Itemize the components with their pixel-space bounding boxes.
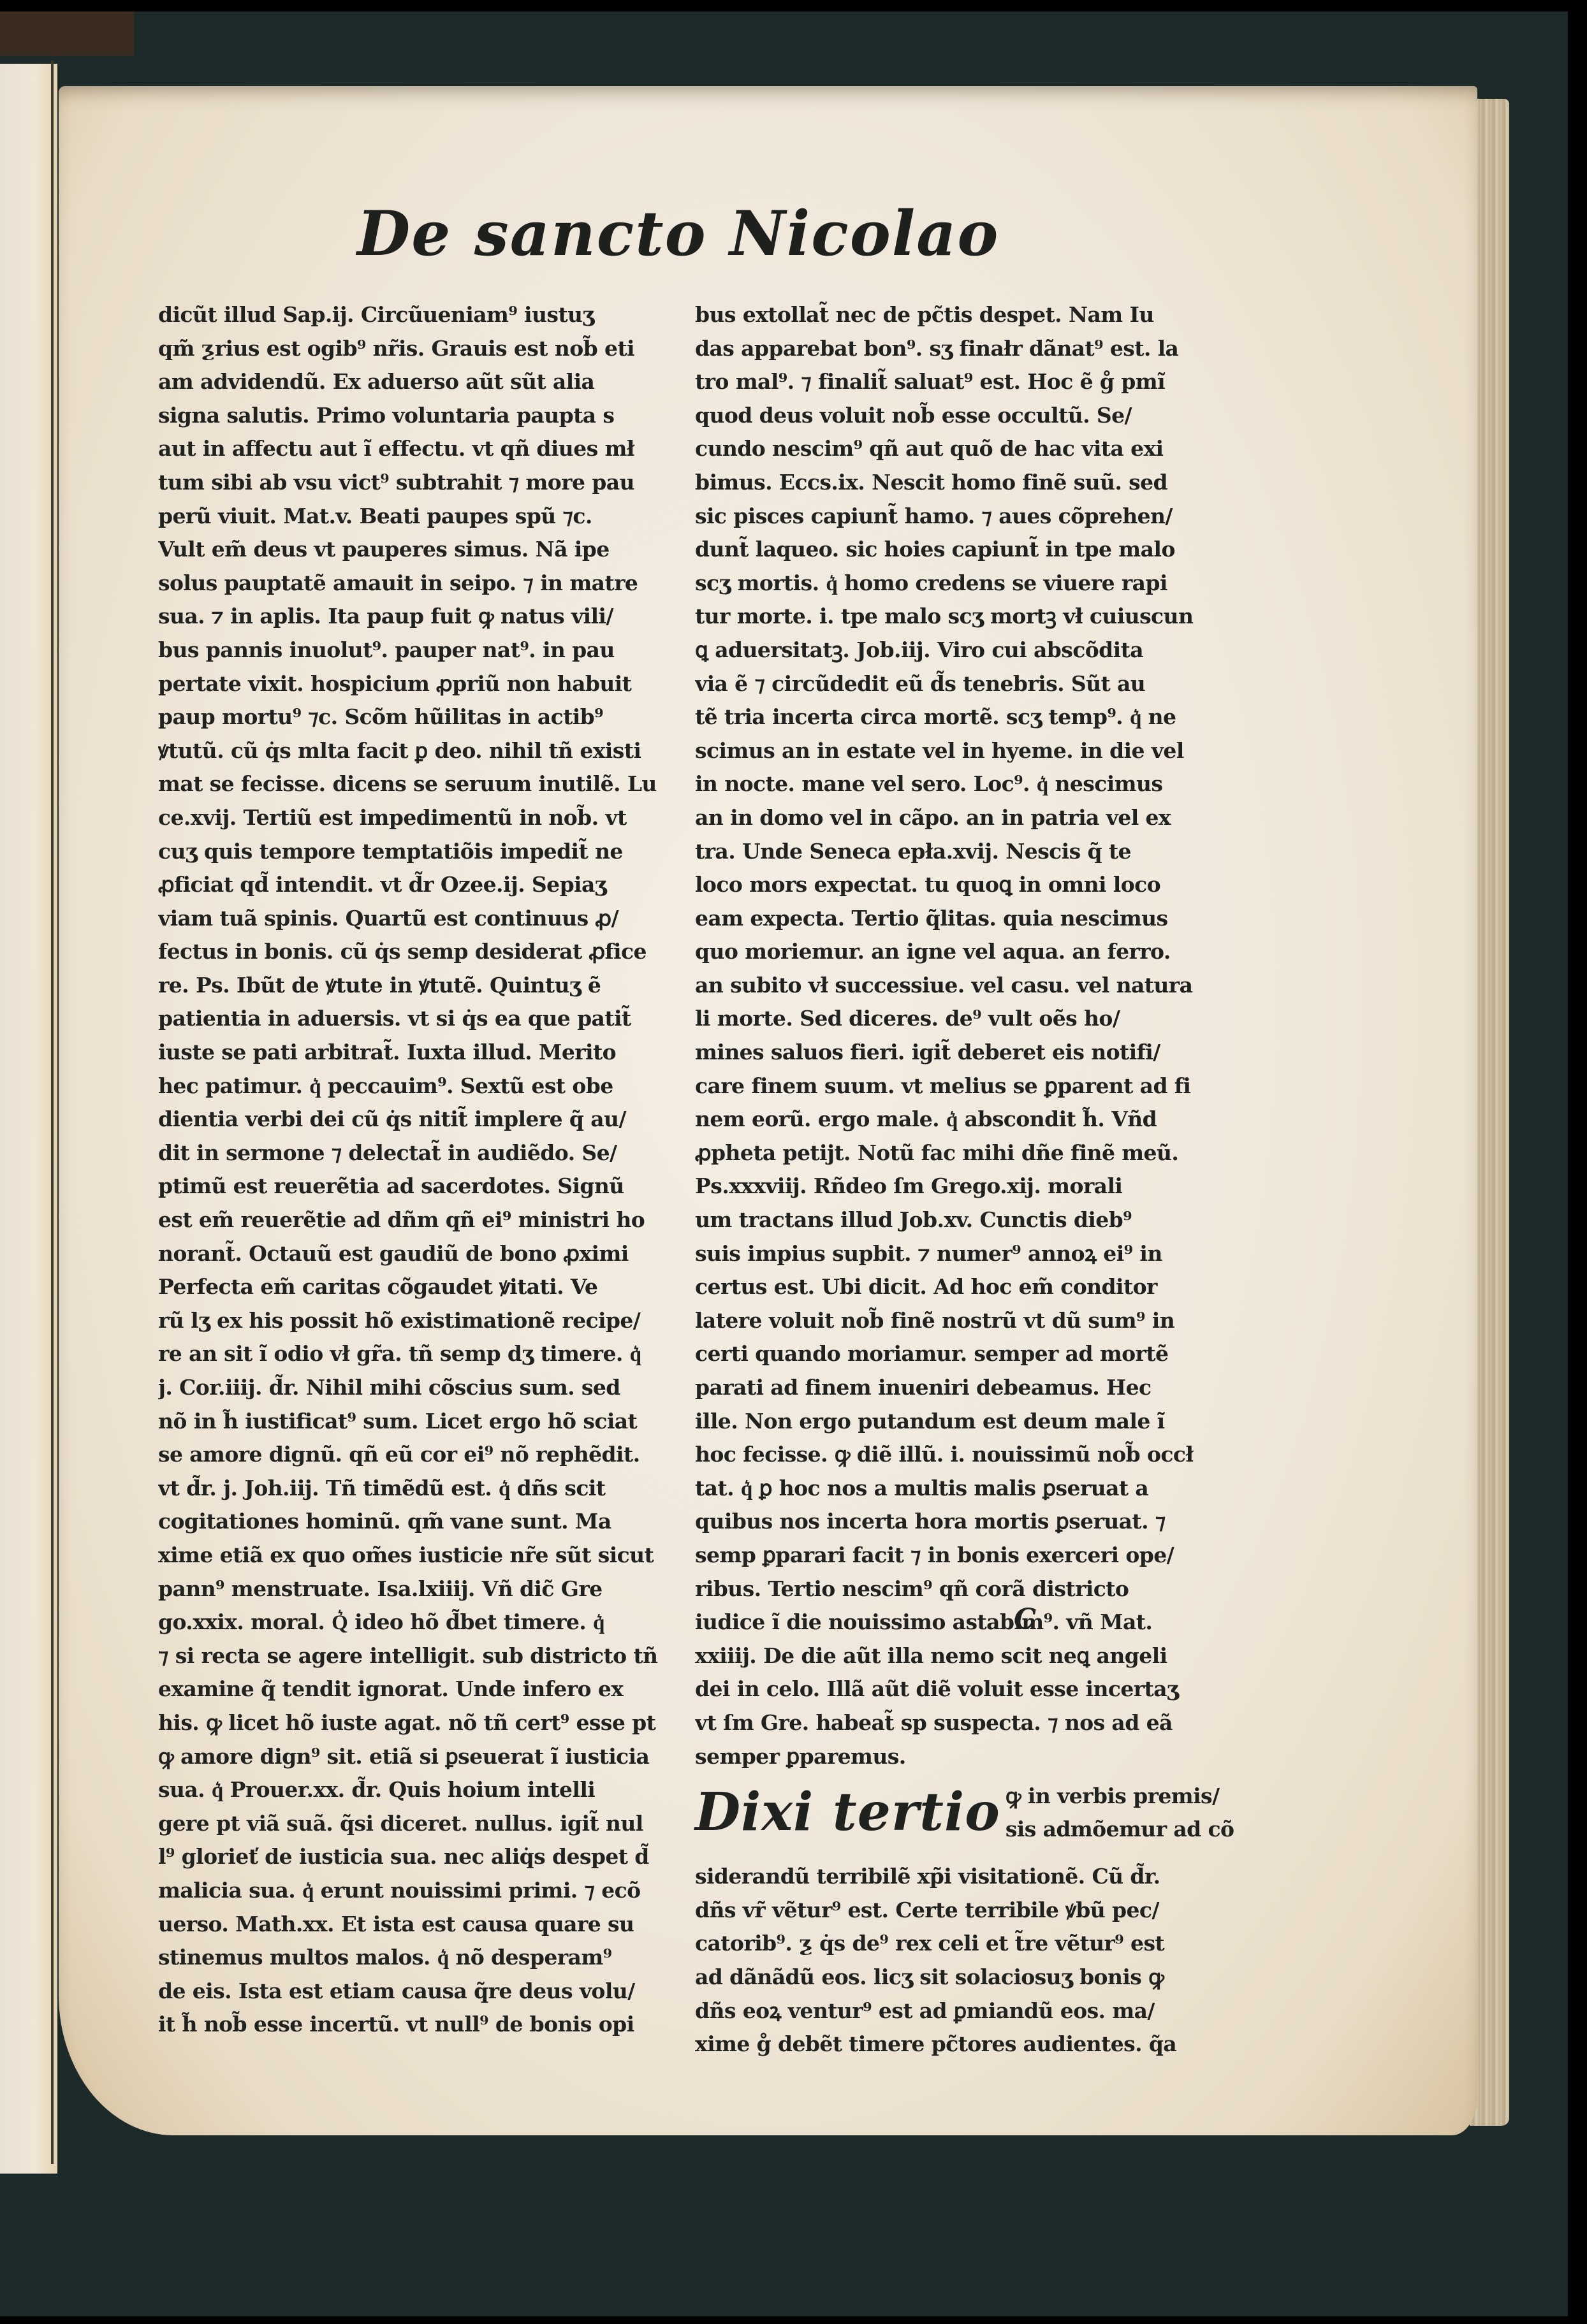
text-line: mat se fecisse. dicens se seruum inutilẽ… [158, 767, 676, 801]
text-line: tẽ tria incerta circa mortẽ. scʒ temp⁹. … [695, 701, 1218, 734]
text-line: Ps.xxxviij. Rñdeo ſm Grego.xij. morali [695, 1170, 1218, 1203]
text-line: iuste se pati arbitrat̃. Iuxta illud. Me… [158, 1036, 676, 1070]
text-line: tur morte. i. tpe malo scʒ mortꝫ vł cuiu… [695, 600, 1218, 634]
text-column-right: bus extollat̃ nec de pc̃tis despet. Nam … [695, 298, 1218, 2061]
text-line: go.xxix. moral. Q͛ ideo hõ d̃bet timere.… [158, 1606, 676, 1639]
text-line: qm̃ ƺrius est ogib⁹ nr̃is. Grauis est no… [158, 332, 676, 366]
text-line: ⁊ si recta se agere intelligit. sub dist… [158, 1639, 676, 1673]
text-line: dunt̃ laqueo. sic hoies capiunt̃ in tpe … [695, 533, 1218, 567]
text-line: via ẽ ⁊ circũdedit eũ d̃s tenebris. Sũt … [695, 667, 1218, 701]
text-line: quo moriemur. an igne vel aqua. an ferro… [695, 935, 1218, 969]
scan-top-border [0, 0, 1587, 11]
text-line: sua. q͛ Prouer.xx. d̃r. Quis hoium intel… [158, 1773, 676, 1807]
text-line: scʒ mortis. q͛ homo credens se viuere ra… [695, 567, 1218, 600]
text-line: se amore dignũ. qñ eũ cor ei⁹ nõ rephẽdi… [158, 1438, 676, 1472]
text-line: dñs vr̃ vẽtur⁹ est. Certe terribile ꝟbũ … [695, 1894, 1218, 1928]
text-line: ribus. Tertio nescim⁹ qñ corã districto [695, 1572, 1218, 1606]
text-line: dñs eoꝝ ventur⁹ est ad ꝑmiandũ eos. ma/ [695, 1994, 1218, 2028]
text-line: li morte. Sed diceres. de⁹ vult oẽs ho/ [695, 1002, 1218, 1036]
text-column-left: dicũt illud Sap.ij. Circũueniam⁹ iustuʒq… [158, 298, 676, 2042]
text-line: parati ad finem inueniri debeamus. Hec [695, 1371, 1218, 1405]
text-line: ꝗ aduersitatꝫ. Job.iij. Viro cui abscõdi… [695, 634, 1218, 667]
text-line: sis admõemur ad cõ [1006, 1813, 1234, 1846]
text-line: tra. Unde Seneca epła.xvij. Nescis q̃ te [695, 835, 1218, 869]
text-line: ꝓpheta petijt. Notũ fac mihi dñe finẽ me… [695, 1137, 1218, 1170]
text-line: eam expecta. Tertio q̃litas. quia nescim… [695, 902, 1218, 936]
text-line: aut in affectu aut ĩ effectu. vt qñ diue… [158, 432, 676, 466]
text-line: vt ſm Gre. habeat̃ sp suspecta. ⁊ nos ad… [695, 1706, 1218, 1740]
text-line: pertate vixit. hospicium ꝓpriũ non habui… [158, 667, 676, 701]
text-line: cuʒ quis tempore temptatiõis impedit̃ ne [158, 835, 676, 869]
right-column-lines: bus extollat̃ nec de pc̃tis despet. Nam … [695, 298, 1218, 1773]
text-line: gere pt viã suã. q̃si diceret. nullus. i… [158, 1807, 676, 1841]
text-line: scimus an in estate vel in hyeme. in die… [695, 734, 1218, 768]
text-line: loco mors expectat. tu quoꝗ in omni loco [695, 868, 1218, 902]
text-line: dientia verbi dei cũ q̇s nitit̃ implere … [158, 1103, 676, 1137]
text-line: de eis. Ista est etiam causa q̃re deus v… [158, 1975, 676, 2008]
text-line: hec patimur. q͛ peccauim⁹. Sextũ est obe [158, 1070, 676, 1103]
text-line: norant̃. Octauũ est gaudiũ de bono ꝓximi [158, 1237, 676, 1271]
text-line: iudice ĩ die nouissimo astabim⁹. vñ Mat. [695, 1606, 1218, 1639]
text-line: his. ꝙ licet hõ iuste agat. nõ tñ cert⁹ … [158, 1706, 676, 1740]
text-line: tro mal⁹. ⁊ finalit̃ saluat⁹ est. Hoc ẽ … [695, 365, 1218, 399]
text-line: solus pauptatẽ amauit in seipo. ⁊ in mat… [158, 567, 676, 600]
text-line: signa salutis. Primo voluntaria paupta s [158, 399, 676, 433]
text-line: examine q̃ tendit ignorat. Unde infero e… [158, 1673, 676, 1706]
section-initial-heading: Dixi tertio [695, 1777, 1000, 1847]
text-line: nõ in h̃ iustificat⁹ sum. Licet ergo hõ … [158, 1405, 676, 1439]
text-line: it h̃ nob̃ esse incertũ. vt null⁹ de bon… [158, 2008, 676, 2042]
text-line: ꝟtutũ. cũ q̇s mlta facit ꝑ deo. nihil tñ… [158, 734, 676, 768]
text-line: sic pisces capiunt̃ hamo. ⁊ aues cõprehe… [695, 500, 1218, 534]
text-line: catorib⁹. ƺ q̇s de⁹ rex celi et t̃re vẽt… [695, 1927, 1218, 1961]
text-line: Vult em̃ deus vt pauperes simus. Nã ipe [158, 533, 676, 567]
text-line: bus pannis inuolut⁹. pauper nat⁹. in pau [158, 634, 676, 667]
facing-page-edge [0, 64, 57, 2174]
text-line: sua. ⁊ in aplis. Ita paup fuit ꝙ natus v… [158, 600, 676, 634]
text-line: ꝙ amore dign⁹ sit. etiã si ꝑseuerat ĩ iu… [158, 1740, 676, 1774]
text-line: ille. Non ergo putandum est deum male ĩ [695, 1405, 1218, 1439]
book-binding [0, 11, 134, 56]
text-line: xxiiij. De die aũt illa nemo scit neꝗ an… [695, 1639, 1218, 1673]
text-line: ꝓficiat qd̃ intendit. vt d̃r Ozee.ij. Se… [158, 868, 676, 902]
text-line: fectus in bonis. cũ q̇s semp desiderat ꝓ… [158, 935, 676, 969]
text-line: cundo nescim⁹ qñ aut quõ de hac vita exi [695, 432, 1218, 466]
text-line: an subito vł successiue. vel casu. vel n… [695, 969, 1218, 1003]
text-line: in nocte. mane vel sero. Loc⁹. q͛ nescim… [695, 767, 1218, 801]
text-line: certus est. Ubi dicit. Ad hoc em̃ condit… [695, 1270, 1218, 1304]
text-line: rũ lʒ ex his possit hõ existimationẽ rec… [158, 1304, 676, 1338]
text-line: patientia in aduersis. vt si q̇s ea que … [158, 1002, 676, 1036]
text-line: bus extollat̃ nec de pc̃tis despet. Nam … [695, 298, 1218, 332]
scan-bottom-border [0, 2316, 1587, 2324]
text-line: semper ꝑparemus. [695, 1740, 1218, 1774]
text-line: uerso. Math.xx. Et ista est causa quare … [158, 1908, 676, 1942]
text-line: ꝙ in verbis premis/ [1006, 1780, 1234, 1813]
text-line: perũ viuit. Mat.v. Beati paupes spũ ⁊c. [158, 500, 676, 534]
text-line: vt d̃r. j. Joh.iij. Tñ timẽdũ est. q͛ dñ… [158, 1472, 676, 1506]
text-line: malicia sua. q͛ erunt nouissimi primi. ⁊… [158, 1874, 676, 1908]
section-side-lines: ꝙ in verbis premis/sis admõemur ad cõ [1006, 1777, 1234, 1846]
text-line: ce.xvij. Tertiũ est impedimentũ in nob̃.… [158, 801, 676, 835]
text-line: est em̃ reuerẽtie ad dñm qñ ei⁹ ministri… [158, 1203, 676, 1237]
text-line: am advidendũ. Ex aduerso aũt sũt alia [158, 365, 676, 399]
text-line: j. Cor.iiij. d̃r. Nihil mihi cõscius sum… [158, 1371, 676, 1405]
page-heading: De sancto Nicolao [357, 198, 999, 270]
paragraph-mark: C [1014, 1603, 1036, 1636]
section-continuation: siderandũ terribilẽ xp̃i visitationẽ. Cũ… [695, 1860, 1218, 2061]
text-line: ad dãnãdũ eos. licʒ sit solaciosuʒ bonis… [695, 1961, 1218, 1994]
text-line: stinemus multos malos. q͛ nõ desperam⁹ [158, 1941, 676, 1975]
section-heading-block: Dixi tertio ꝙ in verbis premis/sis admõe… [695, 1777, 1218, 1860]
text-line: latere voluit nob̃ finẽ nostrũ vt dũ sum… [695, 1304, 1218, 1338]
text-line: care finem suum. vt melius se ꝑparent ad… [695, 1070, 1218, 1103]
text-line: Perfecta em̃ caritas cõgaudet ꝟitati. Ve [158, 1270, 676, 1304]
text-line: paup mortu⁹ ⁊c. Scõm hũilitas in actib⁹ [158, 701, 676, 734]
text-line: ptimũ est reuerẽtia ad sacerdotes. Signũ [158, 1170, 676, 1203]
text-line: siderandũ terribilẽ xp̃i visitationẽ. Cũ… [695, 1860, 1218, 1894]
scan-right-border [1568, 0, 1587, 2324]
gutter-line [51, 61, 54, 2164]
text-line: bimus. Eccs.ix. Nescit homo finẽ suũ. se… [695, 466, 1218, 500]
text-line: re. Ps. Ibũt de ꝟtute in ꝟtutẽ. Quintuʒ … [158, 969, 676, 1003]
text-line: um tractans illud Job.xv. Cunctis dieb⁹ [695, 1203, 1218, 1237]
text-line: das apparebat bon⁹. sʒ finałr dãnat⁹ est… [695, 332, 1218, 366]
text-line: tat. q͛ ꝑ hoc nos a multis malis ꝑseruat… [695, 1472, 1218, 1506]
text-line: dicũt illud Sap.ij. Circũueniam⁹ iustuʒ [158, 298, 676, 332]
text-line: xime etiã ex quo om̃es iusticie nr̃e sũt… [158, 1539, 676, 1572]
text-line: pann⁹ menstruate. Isa.lxiiij. Vñ dic̃ Gr… [158, 1572, 676, 1606]
text-line: cogitationes hominũ. qm̃ vane sunt. Ma [158, 1505, 676, 1539]
text-line: suis impius supbit. ⁊ numer⁹ annoꝝ ei⁹ i… [695, 1237, 1218, 1271]
text-line: certi quando moriamur. semper ad mortẽ [695, 1337, 1218, 1371]
text-line: quod deus voluit nob̃ esse occultũ. Se/ [695, 399, 1218, 433]
text-line: tum sibi ab vsu vict⁹ subtrahit ⁊ more p… [158, 466, 676, 500]
text-line: l⁹ glorieť de iusticia sua. nec aliq̇s d… [158, 1840, 676, 1874]
text-line: an in domo vel in cãpo. an in patria vel… [695, 801, 1218, 835]
text-line: hoc fecisse. ꝙ diẽ illũ. i. nouissimũ no… [695, 1438, 1218, 1472]
text-line: dei in celo. Illã aũt diẽ voluit esse in… [695, 1673, 1218, 1706]
text-line: nem eorũ. ergo male. q͛ abscondit h̃. Vñ… [695, 1103, 1218, 1137]
text-line: semp ꝑparari facit ⁊ in bonis exerceri o… [695, 1539, 1218, 1572]
text-line: mines saluos fieri. igit̃ deberet eis no… [695, 1036, 1218, 1070]
text-line: re an sit ĩ odio vł gr̃a. tñ semp dʒ tim… [158, 1337, 676, 1371]
text-line: viam tuã spinis. Quartũ est continuus ꝓ/ [158, 902, 676, 936]
text-line: quibus nos incerta hora mortis ꝑseruat. … [695, 1505, 1218, 1539]
text-line: xime g̊ debẽt timere pc̃tores audientes.… [695, 2028, 1218, 2061]
text-line: dit in sermone ⁊ delectat̃ in audiẽdo. S… [158, 1137, 676, 1170]
